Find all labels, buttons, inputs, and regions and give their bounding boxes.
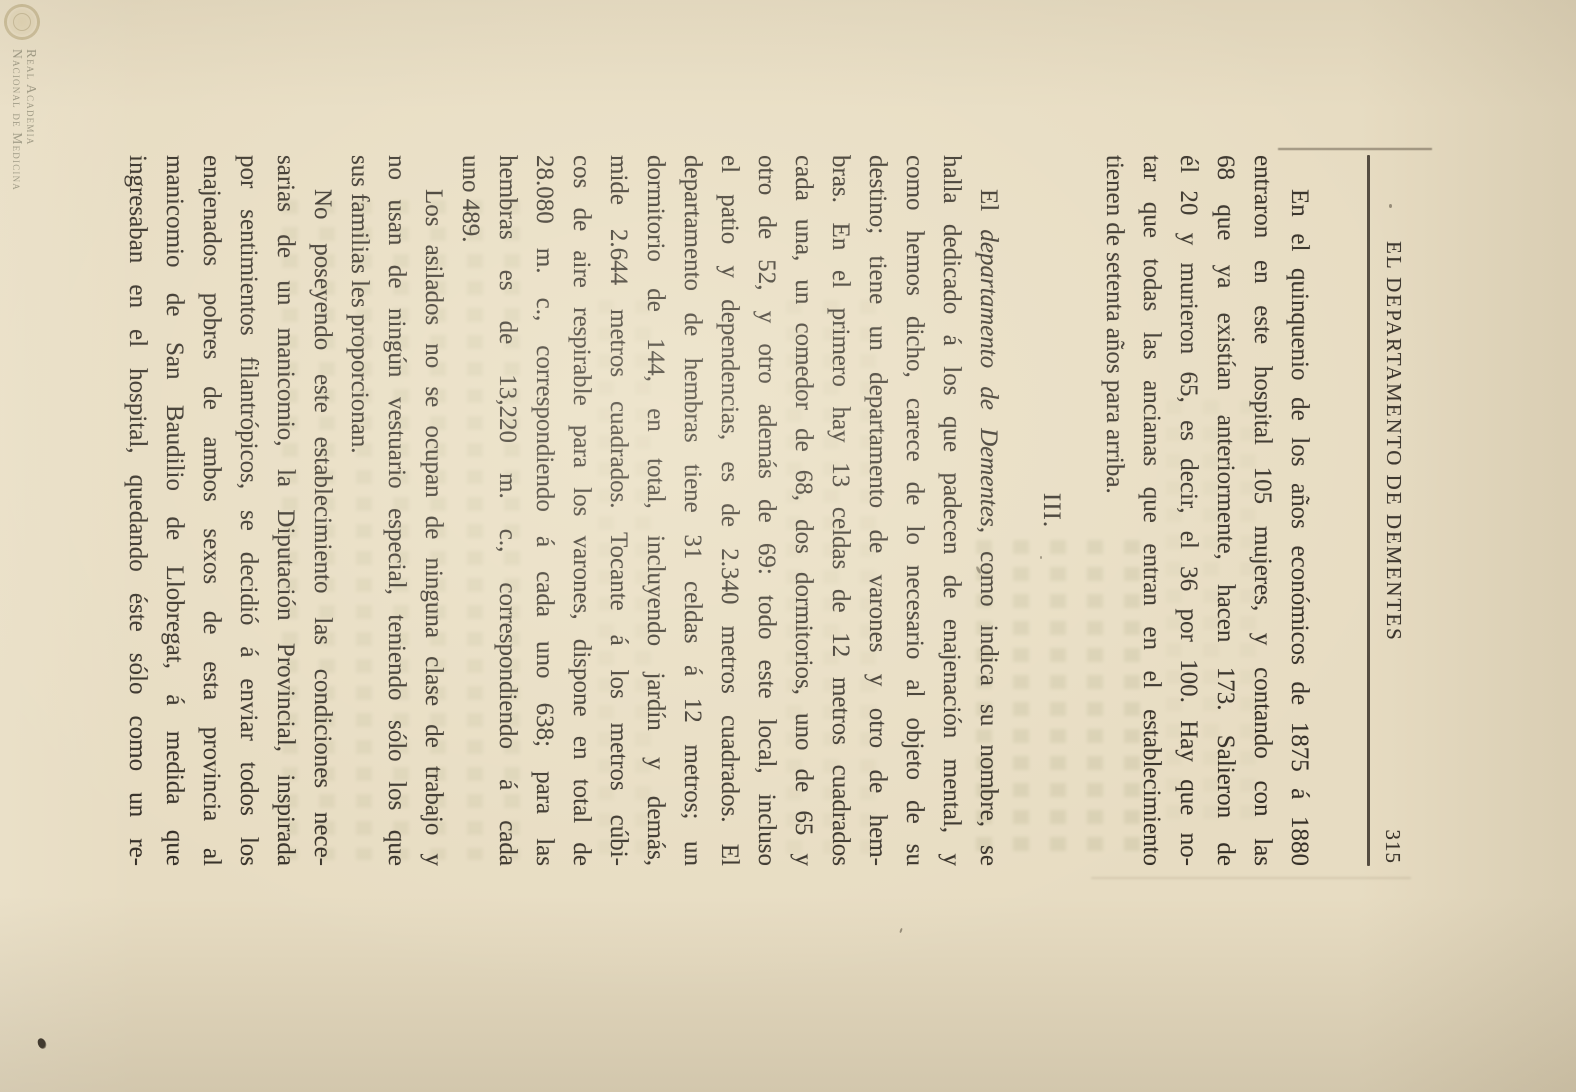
text-line: uno 489.: [452, 155, 489, 866]
text-line: sarias de un manicomio, la Diputación Pr…: [267, 155, 304, 866]
book-scan: EL DEPARTAMENTO DE DEMENTES 315 En el qu…: [0, 0, 1576, 1092]
ink-speck: [899, 928, 903, 933]
text-line: entraron en este hospital 105 mujeres, y…: [1244, 155, 1281, 866]
text-line: No poseyendo este establecimiento las co…: [304, 155, 341, 866]
running-head-title: EL DEPARTAMENTO DE DEMENTES: [1381, 241, 1406, 642]
text-line: ingresaban en el hospital, quedando éste…: [119, 155, 156, 866]
text-run: , como indica su nombre, se: [975, 527, 1002, 866]
text-run-italic: departamento de Dementes: [975, 229, 1002, 526]
text-line: no usan de ningún vestuario especial, te…: [378, 155, 415, 866]
text-line: manicomio de San Baudilio de Llobregat, …: [156, 155, 193, 866]
ink-speck: [1040, 556, 1042, 559]
header-rule: [1367, 155, 1370, 866]
text-line: el patio y dependencias, es de 2.340 met…: [711, 155, 748, 866]
book-page-rotated: EL DEPARTAMENTO DE DEMENTES 315 En el qu…: [0, 0, 1576, 1092]
ink-blot: [36, 1037, 47, 1050]
text-line: departamento de hembras tiene 31 celdas …: [674, 155, 711, 866]
text-line: por sentimientos filantrópicos, se decid…: [230, 155, 267, 866]
text-line: cada una, un comedor de 68, dos dormitor…: [785, 155, 822, 866]
text-line: En el quinquenio de los años económicos …: [1281, 155, 1318, 866]
text-block: En el quinquenio de los años económicos …: [119, 155, 1318, 866]
watermark-line: Nacional de Medicina: [10, 49, 24, 191]
text-line: mide 2.644 metros cuadrados. Tocante á l…: [600, 155, 637, 866]
text-line: destino; tiene un departamento de varone…: [859, 155, 896, 866]
text-line: otro de 52, y otro además de 69: todo es…: [748, 155, 785, 866]
running-head: EL DEPARTAMENTO DE DEMENTES 315: [1374, 155, 1406, 866]
watermark-text: Real Academia Nacional de Medicina: [10, 49, 40, 191]
watermark-line: Real Academia: [24, 49, 38, 191]
text-line: enajenados pobres de ambos sexos de esta…: [193, 155, 230, 866]
text-line: tienen de setenta años para arriba.: [1096, 155, 1133, 866]
ink-speck: [1389, 204, 1392, 208]
text-line: él 20 y murieron 65, es decir, el 36 por…: [1170, 155, 1207, 866]
text-line: sus familias les proporcionan.: [341, 155, 378, 866]
text-line: 68 que ya existían anteriormente, hacen …: [1207, 155, 1244, 866]
text-line: halla dedicado á los que padecen de enaj…: [933, 155, 970, 866]
library-watermark: Real Academia Nacional de Medicina: [4, 4, 40, 191]
text-run: El: [975, 189, 1002, 211]
academy-seal-icon: [4, 4, 40, 40]
section-heading: III.: [1033, 155, 1070, 866]
page-number: 315: [1380, 830, 1405, 865]
text-line: hembras es de 13,220 m. c., correspondie…: [489, 155, 526, 866]
text-line: tar que todas las ancianas que entran en…: [1133, 155, 1170, 866]
page-edge-shadow: [1091, 877, 1411, 879]
text-line: Los asilados no se ocupan de ninguna cla…: [415, 155, 452, 866]
gutter-shadow: [1278, 148, 1432, 150]
text-line: El departamento de Dementes, como indica…: [970, 155, 1007, 866]
text-line: 28.080 m. c., correspondiendo á cada uno…: [526, 155, 563, 866]
text-line: como hemos dicho, carece de lo necesario…: [896, 155, 933, 866]
text-line: dormitorio de 144, en total, incluyendo …: [637, 155, 674, 866]
text-line: bras. En el primero hay 13 celdas de 12 …: [822, 155, 859, 866]
text-line: cos de aire respirable para los varones,…: [563, 155, 600, 866]
